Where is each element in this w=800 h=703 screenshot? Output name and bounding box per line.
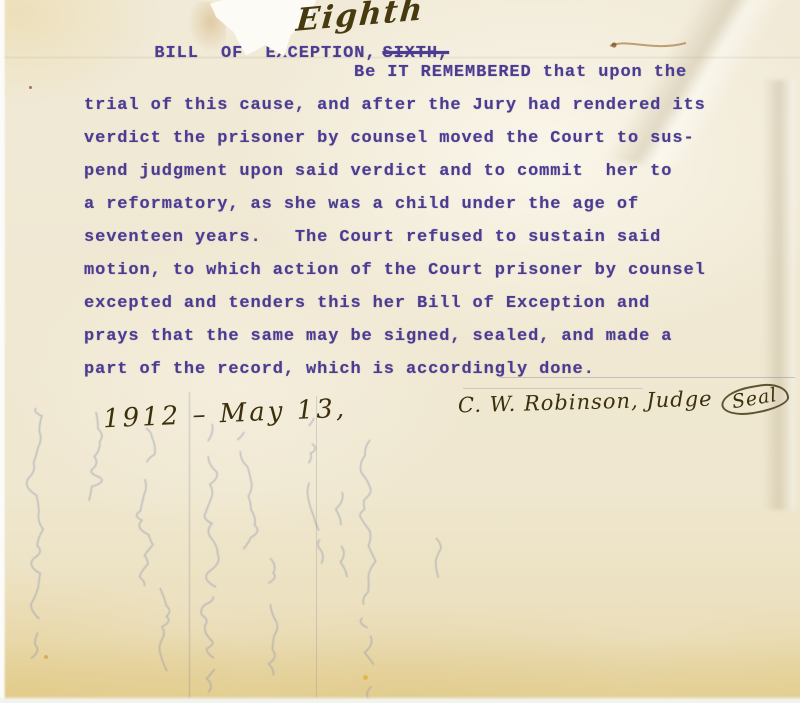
typed-line: a reformatory, as she was a child under … — [84, 195, 706, 228]
typed-line: seventeen years. The Court refused to su… — [84, 228, 706, 261]
typed-line: excepted and tenders this her Bill of Ex… — [84, 294, 706, 327]
vertical-fold-crease-mid — [316, 396, 317, 703]
typed-line: trial of this cause, and after the Jury … — [84, 96, 706, 129]
typed-line: prays that the same may be signed, seale… — [84, 327, 706, 360]
scanned-document: BILL OF EXCEPTION,SIXTH, Be IT REMEMBERE… — [0, 0, 800, 703]
brown-stain-streak — [606, 36, 692, 56]
typed-body: Be IT REMEMBERED that upon the trial of … — [84, 63, 706, 393]
vertical-fold-crease-left — [189, 392, 190, 703]
typed-line: part of the record, which is accordingly… — [84, 360, 706, 393]
ink-spot — [29, 86, 32, 89]
scan-edge-left — [0, 0, 6, 703]
typed-line: verdict the prisoner by counsel moved th… — [84, 129, 706, 162]
stain-spot — [44, 655, 48, 659]
typed-line: pend judgment upon said verdict and to c… — [84, 162, 706, 195]
typed-line: motion, to which action of the Court pri… — [84, 261, 706, 294]
typed-line: Be IT REMEMBERED that upon the — [84, 63, 706, 96]
ink-bleedthrough-scribbles — [27, 408, 441, 701]
stain-spot — [363, 675, 368, 680]
title-struck-word: SIXTH, — [382, 44, 449, 63]
scan-edge-bottom — [0, 696, 800, 703]
